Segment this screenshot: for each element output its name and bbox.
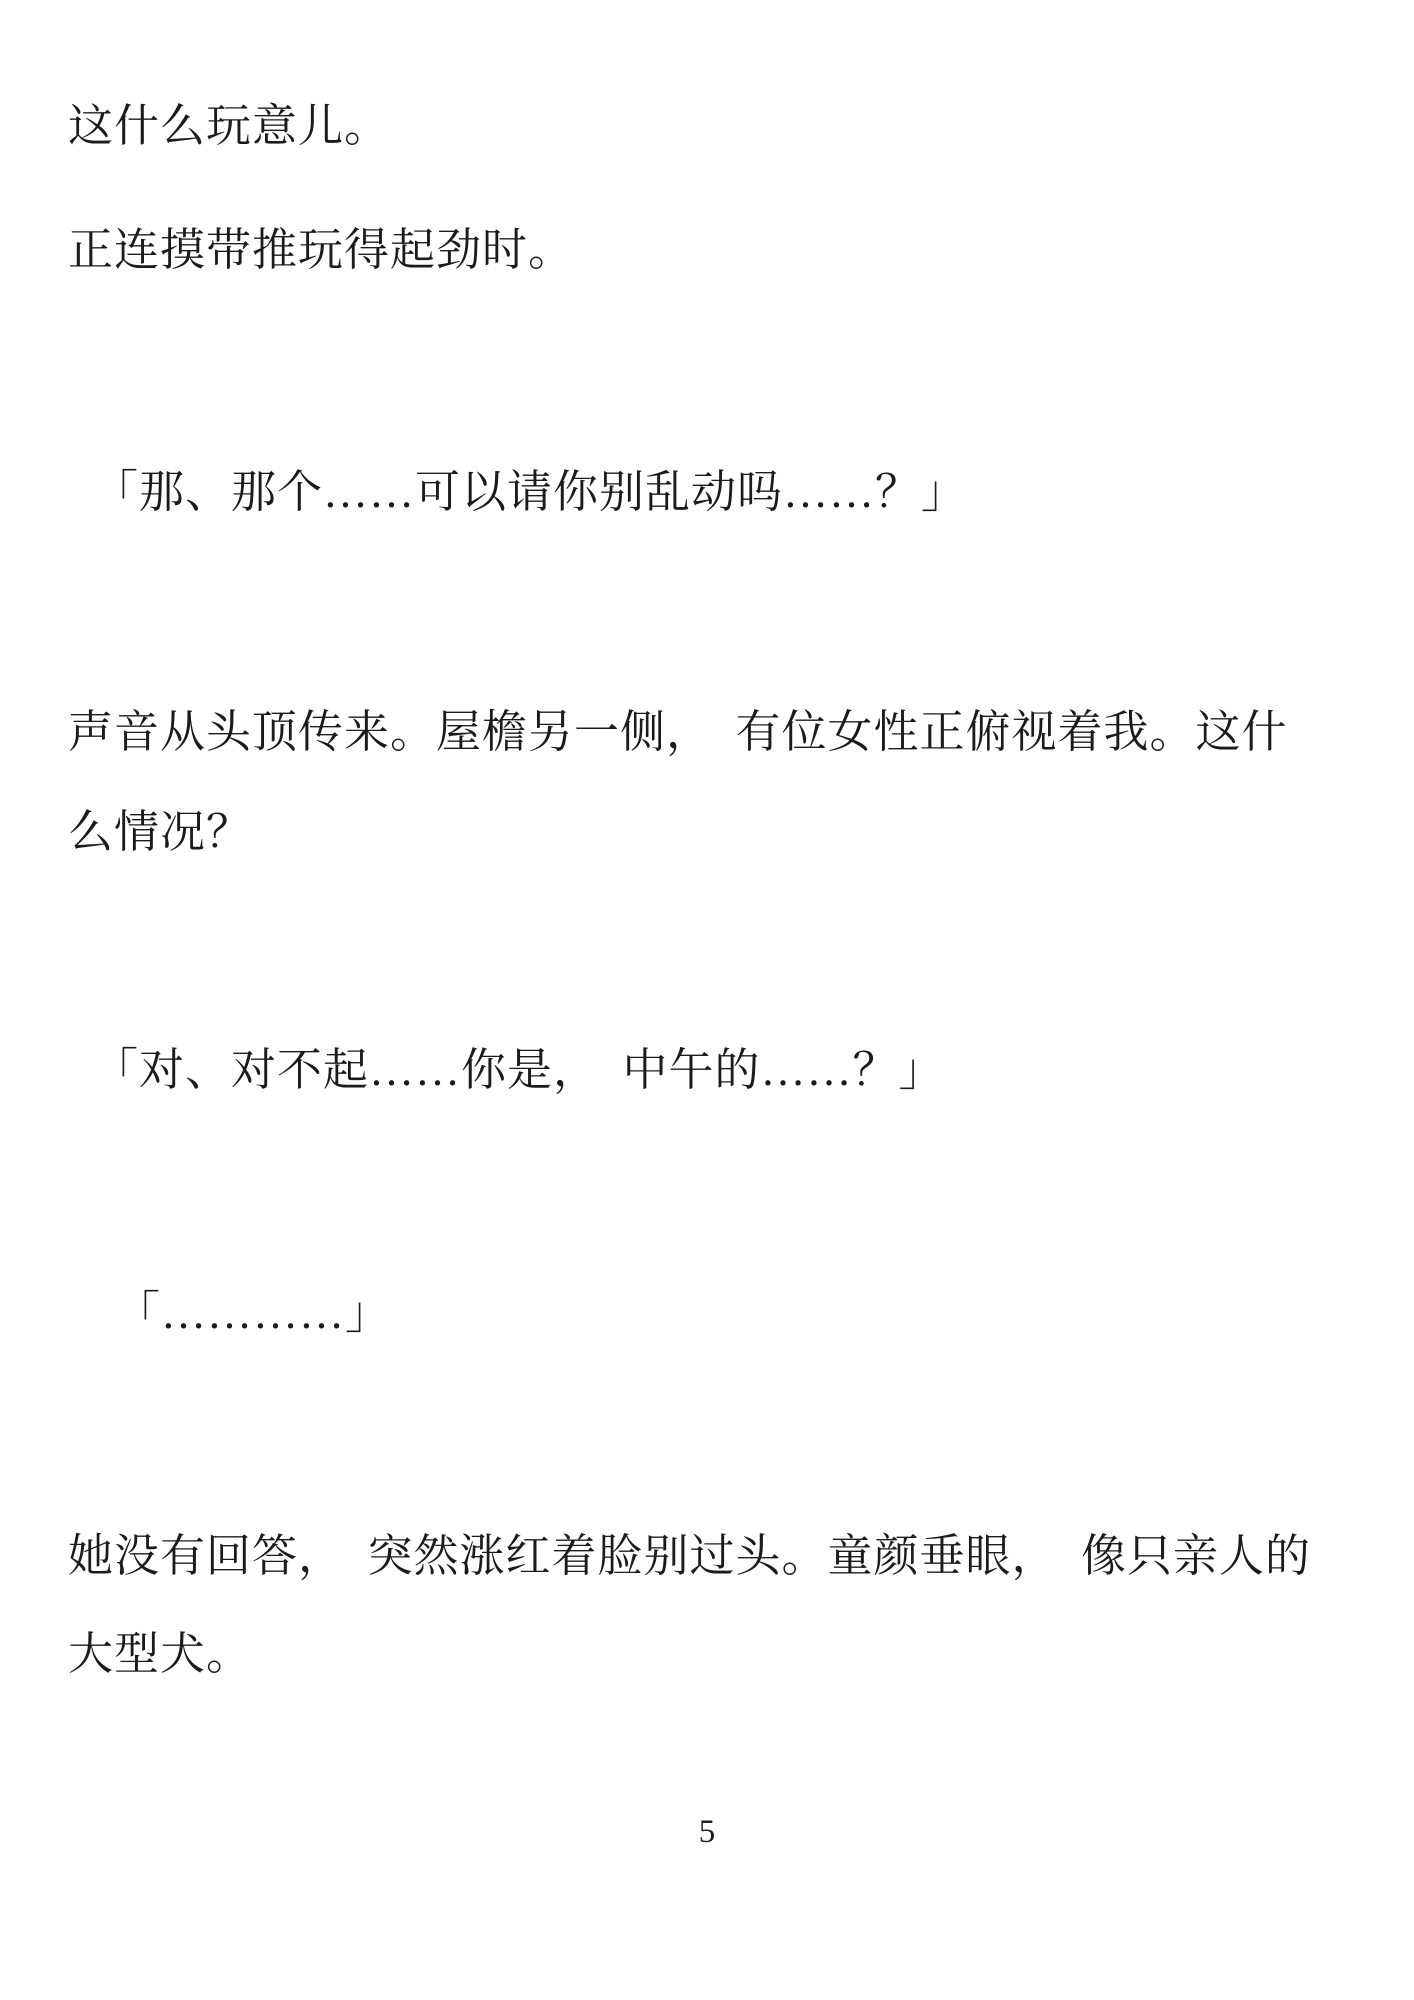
document-page: 这什么玩意儿。 正连摸带推玩得起劲时。 「那、那个……可以请你别乱动吗……？」 … bbox=[0, 0, 1414, 2000]
dialogue-line: 「那、那个……可以请你别乱动吗……？」 bbox=[93, 470, 967, 515]
narration-line: 声音从头顶传来。屋檐另一侧， 有位女性正俯视着我。这什 bbox=[68, 710, 1288, 755]
narration-line: 她没有回答， 突然涨红着脸别过头。童颜垂眼， 像只亲人的 bbox=[68, 1534, 1311, 1579]
narration-line: 这什么玩意儿。 bbox=[68, 104, 390, 149]
dialogue-line: 「对、对不起……你是， 中午的……？」 bbox=[93, 1048, 945, 1093]
narration-line: 么情况？ bbox=[68, 810, 252, 855]
page-number: 5 bbox=[0, 1816, 1414, 1849]
narration-line: 大型犬。 bbox=[68, 1632, 252, 1677]
narration-line: 正连摸带推玩得起劲时。 bbox=[68, 228, 574, 273]
dialogue-line-silent: 「…………」 bbox=[115, 1291, 391, 1336]
